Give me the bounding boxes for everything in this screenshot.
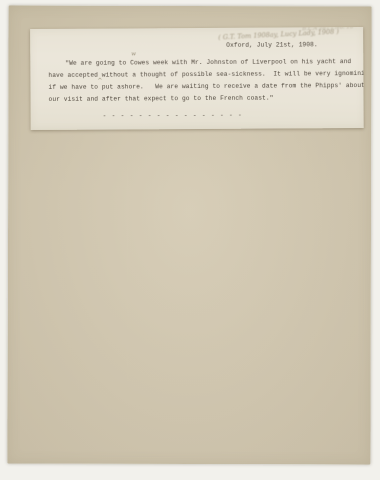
pencil-correction-caret: ^ xyxy=(97,78,102,85)
dateline: Oxford, July 21st, 1908. xyxy=(226,41,318,49)
body-line-4: our visit and after that expect to go to… xyxy=(49,92,364,106)
pasted-typed-slip: - - - - - - - - - - - - - - ( G.T. Tom 1… xyxy=(30,27,364,130)
letter-body: "We are going to Cowes week with Mr. Joh… xyxy=(48,56,363,106)
bottom-dashed-rule: - - - - - - - - - - - - - - - - xyxy=(103,112,243,120)
album-page: - - - - - - - - - - - - - - ( G.T. Tom 1… xyxy=(7,6,371,465)
pencil-correction-w: w xyxy=(131,51,136,57)
